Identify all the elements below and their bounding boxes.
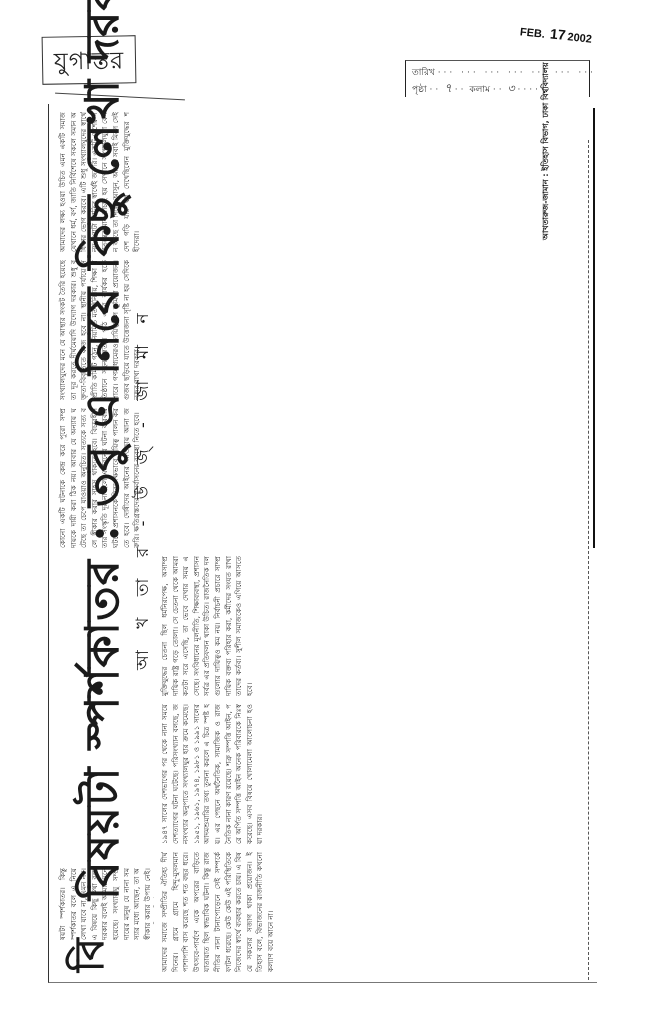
byline: আখতারুজ-জামান : ইতিহাস বিভাগ, ঢাকা বিশ্ব… (540, 62, 553, 240)
stamp-row-page: পৃষ্ঠা ·· ৭ ·· কলাম ·· ৩ ······ (412, 80, 553, 100)
article-column-7: আমাদের লক্ষ্য হওয়া উচিত এমন একটি সমাজ য… (58, 112, 528, 252)
stamp-column-label: কলাম (469, 85, 490, 95)
archive-stamp: তারিখ ··· ··· ··· ··· ··· ··· ··· পৃষ্ঠা… (405, 60, 590, 97)
stamp-date-label: তারিখ (412, 68, 435, 78)
stamp-page-value: ৭ (444, 81, 452, 95)
stamp-page-label: পৃষ্ঠা (412, 85, 427, 95)
article-column-3: ১৯৪৭ সালের দেশভাগের পর থেকে নানা সময়ে দ… (160, 704, 584, 844)
date-month: FEB. (519, 26, 545, 41)
stamp-date-fill: ··· ··· ··· ··· ··· ··· ··· (438, 68, 596, 78)
rotated-article: বি ষয়টা স্পর্শকাতর। কিন্তু স্পর্শকাতর ব… (50, 110, 590, 980)
article-column-5: কোনো একটি ঘটনাকে কেন্দ্র করে পুরো সম্প্র… (58, 408, 584, 548)
dropcap: বি (58, 938, 125, 972)
article-column-6: সংখ্যালঘুদের মনে যে আস্থার সংকট তৈরি হয়… (58, 260, 584, 400)
date-day: 17 (549, 25, 566, 43)
date-stamp: FEB. 172002 (519, 22, 592, 45)
column-rule (593, 108, 595, 548)
stamp-row-date: তারিখ ··· ··· ··· ··· ··· ··· ··· (412, 65, 596, 80)
article-column-2: আমাদের সমাজে সম্প্রীতির ঐতিহ্য দীর্ঘদিনে… (160, 852, 584, 972)
stamp-column-value: ৩ (507, 82, 514, 95)
date-year: 2002 (567, 31, 593, 45)
article-column-4: মুক্তিযুদ্ধের চেতনা ছিল ধর্মনিরপেক্ষ, অস… (160, 556, 584, 696)
